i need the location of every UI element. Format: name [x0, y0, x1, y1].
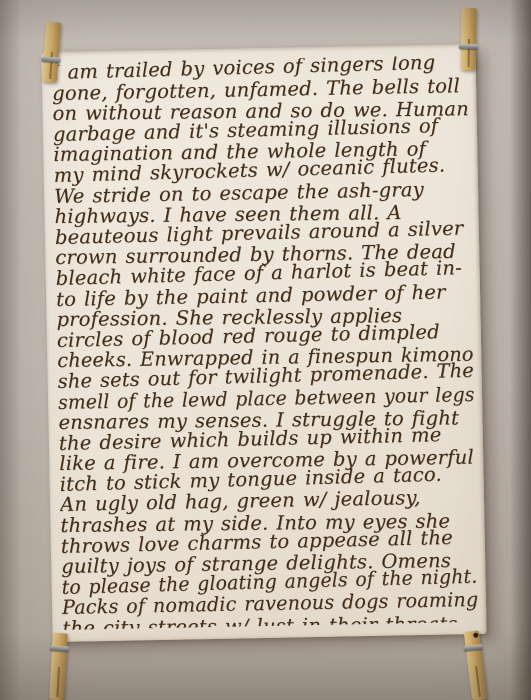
clothespin-spring-icon: [41, 56, 60, 62]
clothespin-spring-icon: [464, 644, 483, 651]
clothespin-bottom-left: [49, 633, 67, 700]
wall: I am trailed by voices of singers longgo…: [0, 0, 531, 700]
manuscript-line: the city streets w/ lust in their throat…: [62, 614, 478, 630]
manuscript-paper: I am trailed by voices of singers longgo…: [41, 44, 486, 642]
clothespin-top-right: [460, 8, 476, 70]
clothespin-bottom-right: [464, 630, 487, 700]
clothespin-spring-icon: [459, 44, 478, 49]
manuscript-text: I am trailed by voices of singers longgo…: [52, 55, 479, 630]
clothespin-spring-icon: [50, 646, 69, 652]
